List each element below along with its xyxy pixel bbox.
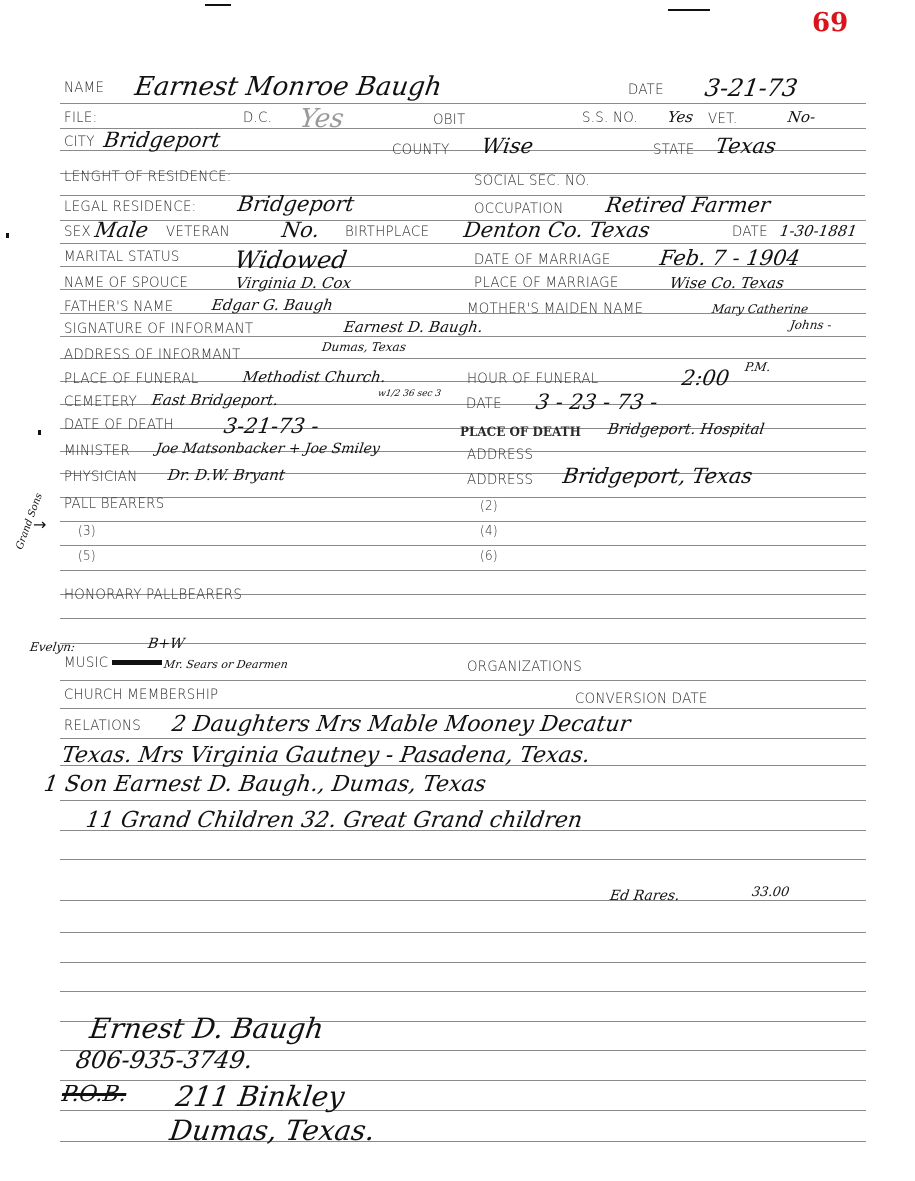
state-label: STATE — [653, 142, 695, 158]
contact-name: Ernest D. Baugh — [88, 1012, 326, 1045]
sex-label: SEX — [64, 224, 91, 240]
honorary-pallbearers-label: HONORARY PALLBEARERS — [64, 587, 242, 603]
cemetery-note: w1/2 36 sec 3 — [377, 389, 441, 399]
city-label: CITY — [64, 134, 95, 150]
date-of-death-value: 3-21-73 - — [222, 414, 320, 438]
pall-bearers-label: PALL BEARERS — [64, 496, 164, 512]
contact-struck-text: P.O.B. — [60, 1082, 128, 1107]
mother-value-line2: Johns - — [789, 318, 832, 332]
physician-value: Dr. D.W. Bryant — [167, 466, 287, 484]
relations-line: 11 Grand Children 32. Great Grand childr… — [84, 808, 584, 833]
marital-status-value: Widowed — [233, 246, 349, 274]
ss-no-label: S.S. NO. — [582, 110, 638, 126]
scribble-mark — [112, 660, 162, 665]
state-value: Texas — [714, 134, 777, 158]
spouse-value: Virginia D. Cox — [235, 274, 353, 292]
birth-date-value: 1-30-1881 — [779, 222, 858, 240]
obit-label: OBIT — [433, 112, 465, 128]
hour-of-funeral-label: HOUR OF FUNERAL — [467, 371, 599, 387]
social-sec-no-label: SOCIAL SEC. NO. — [474, 173, 590, 189]
minister-label: MINISTER — [64, 443, 130, 459]
informant-address-label: ADDRESS OF INFORMANT — [64, 347, 241, 363]
place-of-death-value: Bridgeport. Hospital — [607, 420, 766, 438]
scan-mark — [205, 4, 231, 6]
scan-mark — [668, 9, 710, 11]
music-label: MUSIC — [64, 655, 108, 671]
relations-line: 1 Son Earnest D. Baugh., Dumas, Texas — [42, 772, 487, 797]
conversion-date-label: CONVERSION DATE — [575, 691, 708, 707]
place-of-marriage-value: Wise Co. Texas — [669, 274, 785, 292]
pall-bearer-slot-2: (2) — [480, 499, 498, 514]
marital-status-label: MARITAL STATUS — [64, 249, 180, 265]
pall-bearer-slot-6: (6) — [480, 549, 498, 564]
sex-value: Male — [93, 218, 150, 242]
mother-value: Mary Catherine — [711, 302, 809, 316]
pall-bearer-slot-4: (4) — [480, 524, 498, 539]
music-value: Mr. Sears or Dearmen — [163, 658, 289, 671]
fee-note-text: Ed Rares. — [609, 888, 681, 904]
minister-address-label: ADDRESS — [467, 447, 533, 463]
informant-signature-label: SIGNATURE OF INFORMANT — [64, 321, 253, 337]
informant-address-value: Dumas, Texas — [321, 340, 407, 354]
length-of-residence-label: LENGHT OF RESIDENCE: — [64, 169, 232, 185]
legal-residence-label: LEGAL RESIDENCE: — [64, 199, 196, 215]
physician-label: PHYSICIAN — [64, 469, 137, 485]
place-of-death-label: PLACE OF DEATH — [460, 425, 581, 440]
legal-residence-value: Bridgeport — [236, 192, 355, 216]
relations-line: 2 Daughters Mrs Mable Mooney Decatur — [170, 712, 632, 737]
minister-value: Joe Matsonbacker + Joe Smiley — [155, 441, 381, 457]
file-label: FILE: — [64, 110, 97, 126]
music-margin-note: Evelyn: — [29, 640, 76, 654]
page-number: 69 — [812, 8, 848, 38]
funeral-date-label: DATE — [466, 396, 502, 412]
scan-mark — [6, 233, 9, 238]
vet-label: VET. — [708, 111, 737, 127]
mother-label: MOTHER'S MAIDEN NAME — [467, 301, 643, 317]
place-of-marriage-label: PLACE OF MARRIAGE — [474, 275, 619, 291]
city-value: Bridgeport — [102, 128, 221, 152]
cemetery-value: East Bridgeport. — [151, 391, 280, 409]
informant-signature-value: Earnest D. Baugh. — [343, 318, 484, 336]
music-above-note: B+W — [147, 636, 186, 652]
cemetery-label: CEMETERY — [64, 394, 137, 410]
veteran-label: VETERAN — [166, 224, 230, 240]
organizations-label: ORGANIZATIONS — [467, 659, 582, 675]
county-label: COUNTY — [392, 142, 450, 158]
dc-value: Yes — [298, 104, 346, 134]
date-value: 3-21-73 — [703, 74, 800, 102]
contact-street: 211 Binkley — [174, 1080, 347, 1113]
place-of-funeral-value: Methodist Church. — [242, 368, 387, 386]
vet-value: No- — [787, 108, 817, 126]
date-of-marriage-value: Feb. 7 - 1904 — [658, 246, 801, 270]
contact-phone: 806-935-3749. — [74, 1046, 254, 1074]
dc-label: D.C. — [243, 110, 272, 126]
arrow-icon: → — [33, 515, 46, 534]
relations-line: Texas. Mrs Virginia Gautney - Pasadena, … — [60, 743, 591, 768]
name-label: NAME — [64, 80, 104, 96]
occupation-label: OCCUPATION — [474, 201, 563, 217]
relations-label: RELATIONS — [64, 718, 141, 734]
pall-bearer-slot-5: (5) — [78, 549, 96, 564]
physician-address-label: ADDRESS — [467, 472, 533, 488]
fee-note-amount: 33.00 — [751, 885, 790, 900]
place-of-funeral-label: PLACE OF FUNERAL — [64, 371, 199, 387]
physician-address-value: Bridgeport, Texas — [561, 464, 754, 488]
father-label: FATHER'S NAME — [64, 299, 173, 315]
hour-of-funeral-value: 2:00 — [680, 366, 731, 390]
date-of-death-label: DATE OF DEATH — [64, 417, 174, 433]
scan-mark — [38, 430, 41, 435]
ss-no-value: Yes — [667, 108, 695, 126]
veteran-value: No. — [280, 218, 321, 242]
father-value: Edgar G. Baugh — [211, 296, 334, 314]
contact-city: Dumas, Texas. — [168, 1114, 377, 1147]
birthplace-label: BIRTHPLACE — [345, 224, 429, 240]
birth-date-label: DATE — [732, 224, 768, 240]
occupation-value: Retired Farmer — [604, 193, 771, 217]
pall-bearer-slot-3: (3) — [78, 524, 96, 539]
county-value: Wise — [480, 134, 535, 158]
name-value: Earnest Monroe Baugh — [133, 72, 444, 102]
funeral-date-value: 3 - 23 - 73 - — [534, 390, 659, 414]
date-label: DATE — [628, 82, 664, 98]
spouse-label: NAME OF SPOUCE — [64, 275, 188, 291]
church-membership-label: CHURCH MEMBERSHIP — [64, 687, 218, 703]
hour-of-funeral-suffix: P.M. — [744, 360, 772, 374]
birthplace-value: Denton Co. Texas — [462, 218, 651, 242]
date-of-marriage-label: DATE OF MARRIAGE — [474, 252, 611, 268]
